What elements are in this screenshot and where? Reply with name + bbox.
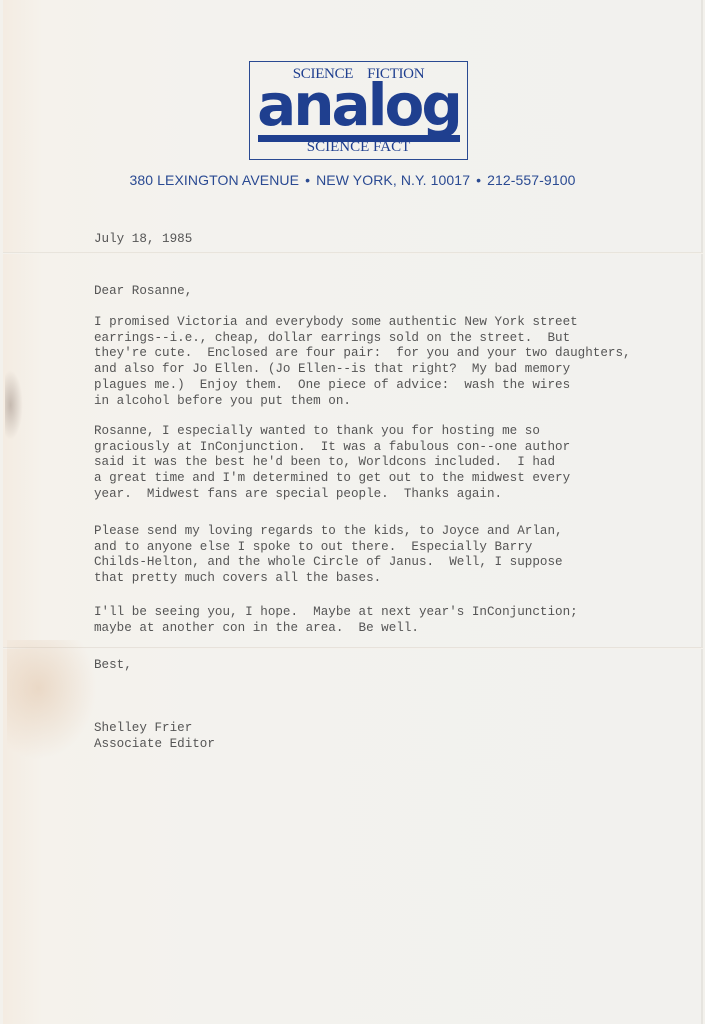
address-city: NEW YORK, N.Y. 10017: [316, 172, 470, 188]
logo-brand-word: analog: [254, 72, 463, 138]
letter-paragraph: I'll be seeing you, I hope. Maybe at nex…: [94, 605, 578, 636]
signature-name: Shelley Frier: [94, 721, 192, 737]
bullet-separator: •: [476, 172, 481, 188]
letter-paragraph: Please send my loving regards to the kid…: [94, 524, 563, 587]
paper-fold-line: [3, 647, 703, 649]
address-phone: 212-557-9100: [487, 172, 575, 188]
paper-tear-mark: [5, 370, 23, 440]
analog-logo: SCIENCEFICTION analog SCIENCE FACT: [249, 61, 468, 160]
paper-fold-line: [3, 252, 703, 254]
bullet-separator: •: [305, 172, 310, 188]
logo-tagline-bottom: SCIENCE FACT: [250, 139, 467, 156]
paper-stain: [7, 640, 97, 760]
letterhead-address: 380 LEXINGTON AVENUE•NEW YORK, N.Y. 1001…: [0, 172, 705, 188]
address-street: 380 LEXINGTON AVENUE: [130, 172, 300, 188]
letter-paragraph: Rosanne, I especially wanted to thank yo…: [94, 424, 570, 503]
letter-paragraph: I promised Victoria and everybody some a…: [94, 315, 631, 409]
letter-salutation: Dear Rosanne,: [94, 284, 192, 300]
letter-date: July 18, 1985: [94, 232, 192, 248]
letter-closing: Best,: [94, 658, 132, 674]
signature-title: Associate Editor: [94, 737, 215, 753]
